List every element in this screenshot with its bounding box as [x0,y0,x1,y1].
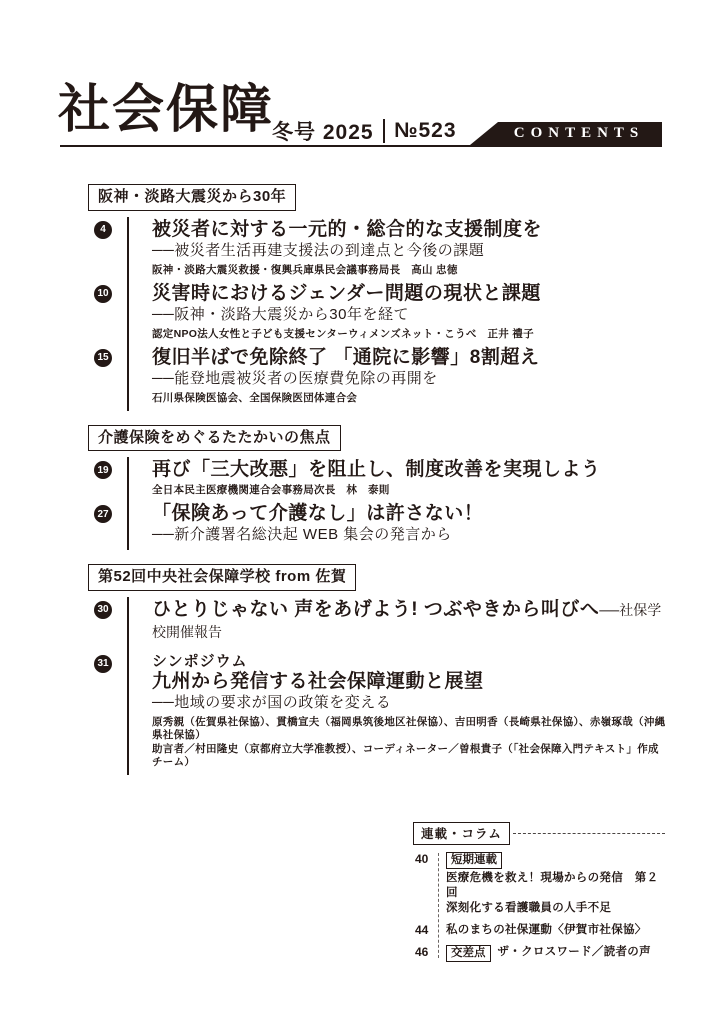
section-header: 介護保険をめぐるたたかいの焦点 [88,425,341,452]
serial-item-line: ザ・クロスワード／読者の声 [498,945,651,960]
article-credit: 石川県保険医協会、全国保険医団体連合会 [152,392,668,405]
toc-article: 10 災害時におけるジェンダー問題の現状と課題 ──阪神・淡路大震災から30年を… [88,283,668,341]
issue-divider-bar [383,119,386,143]
article-credit: 助言者／村田隆史（京都府立大学准教授）、コーディネーター／曽根貴子（「社会保障入… [152,743,668,769]
serial-item-line: 医療危機を救え！現場からの発信 第２回 [446,871,665,901]
article-title: 復旧半ばで免除終了 「通院に影響」8割超え [152,347,668,368]
masthead-rule [60,145,662,147]
serial-dashed-rule [513,833,665,834]
article-subtitle: ──新介護署名総決起 WEB 集会の発言から [152,525,668,544]
article-title: 九州から発信する社会保障運動と展望 [152,671,668,692]
serial-item: 44 私のまちの社保運動〈伊賀市社保協〉 [413,923,665,938]
serial-item: 40 短期連載 医療危機を救え！現場からの発信 第２回 深刻化する看護職員の人手… [413,852,665,916]
issue-number: №523 [394,119,456,143]
article-credit: 認定NPO法人女性と子ども支援センターウィメンズネット・こうべ 正井 禮子 [152,328,668,341]
serial-column-label: 連載・コラム [413,822,510,845]
article-credit: 全日本民主医療機関連合会事務局次長 林 泰則 [152,484,668,497]
article-title: 再び「三大改悪」を阻止し、制度改善を実現しよう [152,459,668,480]
article-title: ひとりじゃない 声をあげよう! つぶやきから叫びへ──社保学校開催報告 [152,599,668,643]
contents-label: CONTENTS [514,125,645,142]
article-title-main: ひとりじゃない 声をあげよう! つぶやきから叫びへ [152,599,599,620]
article-title: 被災者に対する一元的・総合的な支援制度を [152,219,668,240]
section-articles: 19 再び「三大改悪」を阻止し、制度改善を実現しよう 全日本民主医療機関連合会事… [88,451,668,552]
serial-items: 40 短期連載 医療危機を救え！現場からの発信 第２回 深刻化する看護職員の人手… [413,852,665,962]
article-title: 「保険あって介護なし」は許さない！ [152,503,668,524]
toc-section-hanshin-awaji: 阪神・淡路大震災から30年 4 被災者に対する一元的・総合的な支援制度を ──被… [88,184,668,413]
serial-page-number: 46 [415,945,428,960]
toc-article: 31 シンポジウム 九州から発信する社会保障運動と展望 ──地域の要求が国の政策… [88,653,668,769]
article-subtitle: ──能登地震被災者の医療費免除の再開を [152,369,668,388]
page-number-badge: 19 [94,461,112,479]
serial-badge-row: 短期連載 [446,852,665,871]
serial-page-number: 44 [415,923,428,938]
serial-badge: 短期連載 [446,852,502,869]
article-subtitle: ──被災者生活再建支援法の到達点と今後の課題 [152,241,668,260]
serial-column-header: 連載・コラム [413,822,665,845]
section-articles: 30 ひとりじゃない 声をあげよう! つぶやきから叫びへ──社保学校開催報告 3… [88,591,668,777]
page-number-badge: 15 [94,349,112,367]
issue-info: 冬号 2025 №523 [272,116,457,146]
serial-column: 連載・コラム 40 短期連載 医療危機を救え！現場からの発信 第２回 深刻化する… [413,822,665,969]
serial-page-number: 40 [415,852,428,867]
toc-section-shaho-gakko: 第52回中央社会保障学校 from 佐賀 30 ひとりじゃない 声をあげよう! … [88,564,668,777]
section-header: 第52回中央社会保障学校 from 佐賀 [88,564,356,591]
article-title: 災害時におけるジェンダー問題の現状と課題 [152,283,668,304]
serial-item-line: 深刻化する看護職員の人手不足 [446,901,665,916]
article-subtitle: ──阪神・淡路大震災から30年を経て [152,305,668,324]
page-number-badge: 30 [94,601,112,619]
article-credit: 原秀親（佐賀県社保協）、貫橋宣夫（福岡県筑後地区社保協）、吉田明香（長崎県社保協… [152,716,668,742]
toc-article: 15 復旧半ばで免除終了 「通院に影響」8割超え ──能登地震被災者の医療費免除… [88,347,668,405]
page-number-badge: 10 [94,285,112,303]
toc-article: 19 再び「三大改悪」を阻止し、制度改善を実現しよう 全日本民主医療機関連合会事… [88,459,668,497]
toc-article: 4 被災者に対する一元的・総合的な支援制度を ──被災者生活再建支援法の到達点と… [88,219,668,277]
article-credit: 阪神・淡路大震災救援・復興兵庫県民会議事務局長 高山 忠徳 [152,264,668,277]
contents-banner: CONTENTS [470,122,662,145]
page-number-badge: 4 [94,221,112,239]
toc-article: 27 「保険あって介護なし」は許さない！ ──新介護署名総決起 WEB 集会の発… [88,503,668,544]
article-subtitle: ──地域の要求が国の政策を変える [152,693,668,712]
page-number-badge: 27 [94,505,112,523]
section-header: 阪神・淡路大震災から30年 [88,184,296,211]
magazine-contents-page: 社会保障 冬号 2025 №523 CONTENTS 阪神・淡路大震災から30年… [0,0,724,1024]
section-articles: 4 被災者に対する一元的・総合的な支援制度を ──被災者生活再建支援法の到達点と… [88,211,668,413]
serial-item: 46 交差点 ザ・クロスワード／読者の声 [413,945,665,962]
serial-badge: 交差点 [446,945,491,962]
table-of-contents: 阪神・淡路大震災から30年 4 被災者に対する一元的・総合的な支援制度を ──被… [88,184,668,789]
issue-season: 冬号 2025 [272,116,374,146]
serial-item-line: 私のまちの社保運動〈伊賀市社保協〉 [446,923,665,938]
page-number-badge: 31 [94,655,112,673]
article-kicker: シンポジウム [152,653,668,671]
toc-article: 30 ひとりじゃない 声をあげよう! つぶやきから叫びへ──社保学校開催報告 [88,599,668,643]
toc-section-kaigo-hoken: 介護保険をめぐるたたかいの焦点 19 再び「三大改悪」を阻止し、制度改善を実現し… [88,425,668,553]
magazine-title: 社会保障 [58,84,274,136]
